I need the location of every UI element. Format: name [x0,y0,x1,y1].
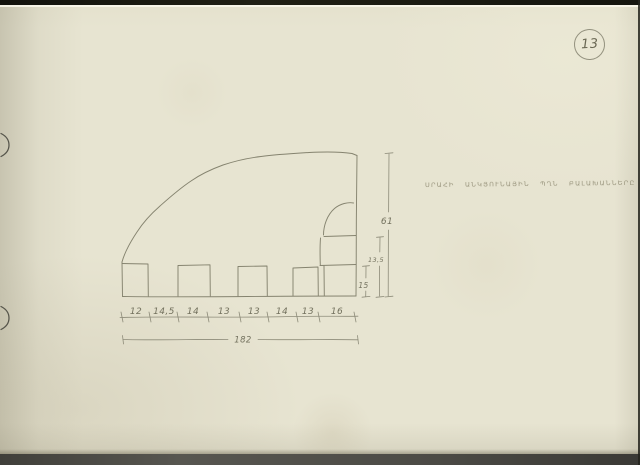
dimension-total-line: 182 [123,336,359,346]
profile-inner-detail [320,203,356,296]
dimension-height-label: 15 [358,281,368,290]
profile-bottom-notches [122,264,318,297]
dimension-label: 14 [187,307,199,317]
dimension-label: 13 [248,307,260,317]
dimension-label: 14 [276,307,288,317]
technical-drawing: 12 14,5 14 13 13 14 13 16 182 61 [0,0,640,465]
page-number: 13 [580,37,598,53]
dimension-chain-line: 12 14,5 14 13 13 14 13 16 [120,307,358,322]
dimension-total-label: 182 [234,336,251,346]
paper-edge-highlight [0,5,640,7]
scanned-album-page: 12 14,5 14 13 13 14 13 16 182 61 [0,0,640,465]
bottom-edge-strip [0,454,640,465]
dimension-label: 13 [218,307,230,317]
dimension-label: 13 [302,307,314,317]
dimension-height-label: 61 [381,217,393,227]
dimension-label: 12 [130,307,142,317]
dimension-height-total: 61 [381,153,393,297]
profile-outline [122,152,357,297]
dimension-label: 16 [331,307,343,317]
binder-hole-mark-top [1,134,9,157]
dimension-height-upper: 13,5 [368,237,384,298]
dimension-label: 14,5 [153,307,175,317]
binder-hole-mark-bottom [1,307,9,330]
dimension-height-lower: 15 [358,266,370,298]
dimension-height-label: 13,5 [368,256,384,264]
